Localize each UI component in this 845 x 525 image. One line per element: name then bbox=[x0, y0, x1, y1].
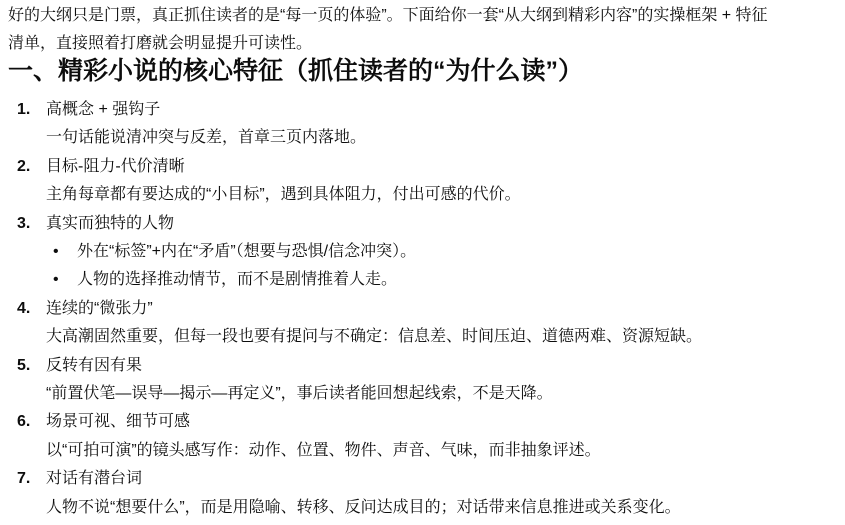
bullet-icon: • bbox=[53, 238, 59, 266]
sub-bullet: •人物的选择推动情节，而不是剧情推着人走。 bbox=[77, 266, 837, 294]
item-6-desc: 以“可拍可演”的镜头感写作：动作、位置、物件、声音、气味，而非抽象评述。 bbox=[46, 437, 837, 465]
list-item-1: 1.高概念 + 强钩子 一句话能说清冲突与反差，首章三页内落地。 bbox=[46, 96, 837, 153]
item-title: 场景可视、细节可感 bbox=[46, 413, 190, 430]
section-heading: 一、精彩小说的核心特征（抓住读者的“为什么读”） bbox=[8, 56, 837, 86]
item-4-desc: 大高潮固然重要，但每一段也要有提问与不确定：信息差、时间压迫、道德两难、资源短缺… bbox=[46, 323, 837, 351]
sub-bullet-text: 人物的选择推动情节，而不是剧情推着人走。 bbox=[77, 271, 397, 288]
item-title: 真实而独特的人物 bbox=[46, 215, 174, 232]
item-7-desc: 人物不说“想要什么”，而是用隐喻、转移、反问达成目的；对话带来信息推进或关系变化… bbox=[46, 494, 837, 522]
list-number: 4. bbox=[17, 295, 30, 323]
list-number: 7. bbox=[17, 465, 30, 493]
item-7-title-row: 7.对话有潜台词 bbox=[46, 465, 837, 493]
item-3-sub-bullets: •外在“标签”+内在“矛盾”（想要与恐惧/信念冲突）。 •人物的选择推动情节，而… bbox=[46, 238, 837, 295]
document: 好的大纲只是门票，真正抓住读者的是“每一页的体验”。下面给你一套“从大纲到精彩内… bbox=[0, 0, 845, 522]
item-2-title-row: 2.目标-阻力-代价清晰 bbox=[46, 153, 837, 181]
intro-line-1: 好的大纲只是门票，真正抓住读者的是“每一页的体验”。下面给你一套“从大纲到精彩内… bbox=[8, 2, 837, 30]
sub-bullet-text: 外在“标签”+内在“矛盾”（想要与恐惧/信念冲突）。 bbox=[77, 243, 416, 260]
item-1-title-row: 1.高概念 + 强钩子 bbox=[46, 96, 837, 124]
item-title: 目标-阻力-代价清晰 bbox=[46, 158, 185, 175]
list-number: 3. bbox=[17, 210, 30, 238]
list-item-6: 6.场景可视、细节可感 以“可拍可演”的镜头感写作：动作、位置、物件、声音、气味… bbox=[46, 408, 837, 465]
list-number: 5. bbox=[17, 352, 30, 380]
list-item-4: 4.连续的“微张力” 大高潮固然重要，但每一段也要有提问与不确定：信息差、时间压… bbox=[46, 295, 837, 352]
item-5-desc: “前置伏笔—误导—揭示—再定义”，事后读者能回想起线索，不是天降。 bbox=[46, 380, 837, 408]
item-2-desc: 主角每章都有要达成的“小目标”，遇到具体阻力，付出可感的代价。 bbox=[46, 181, 837, 209]
item-1-desc: 一句话能说清冲突与反差，首章三页内落地。 bbox=[46, 124, 837, 152]
list-number: 6. bbox=[17, 408, 30, 436]
item-6-title-row: 6.场景可视、细节可感 bbox=[46, 408, 837, 436]
item-4-title-row: 4.连续的“微张力” bbox=[46, 295, 837, 323]
list-item-3: 3.真实而独特的人物 •外在“标签”+内在“矛盾”（想要与恐惧/信念冲突）。 •… bbox=[46, 210, 837, 295]
list-number: 1. bbox=[17, 96, 30, 124]
item-5-title-row: 5.反转有因有果 bbox=[46, 352, 837, 380]
list-item-2: 2.目标-阻力-代价清晰 主角每章都有要达成的“小目标”，遇到具体阻力，付出可感… bbox=[46, 153, 837, 210]
feature-list: 1.高概念 + 强钩子 一句话能说清冲突与反差，首章三页内落地。 2.目标-阻力… bbox=[8, 96, 837, 522]
intro-line-2: 清单，直接照着打磨就会明显提升可读性。 bbox=[8, 30, 837, 58]
list-item-5: 5.反转有因有果 “前置伏笔—误导—揭示—再定义”，事后读者能回想起线索，不是天… bbox=[46, 352, 837, 409]
sub-bullet: •外在“标签”+内在“矛盾”（想要与恐惧/信念冲突）。 bbox=[77, 238, 837, 266]
item-title: 连续的“微张力” bbox=[46, 300, 153, 317]
item-title: 高概念 + 强钩子 bbox=[46, 101, 160, 118]
list-item-7: 7.对话有潜台词 人物不说“想要什么”，而是用隐喻、转移、反问达成目的；对话带来… bbox=[46, 465, 837, 522]
item-3-title-row: 3.真实而独特的人物 bbox=[46, 210, 837, 238]
bullet-icon: • bbox=[53, 266, 59, 294]
item-title: 反转有因有果 bbox=[46, 357, 142, 374]
item-title: 对话有潜台词 bbox=[46, 470, 142, 487]
intro-paragraph: 好的大纲只是门票，真正抓住读者的是“每一页的体验”。下面给你一套“从大纲到精彩内… bbox=[8, 2, 837, 58]
list-number: 2. bbox=[17, 153, 30, 181]
